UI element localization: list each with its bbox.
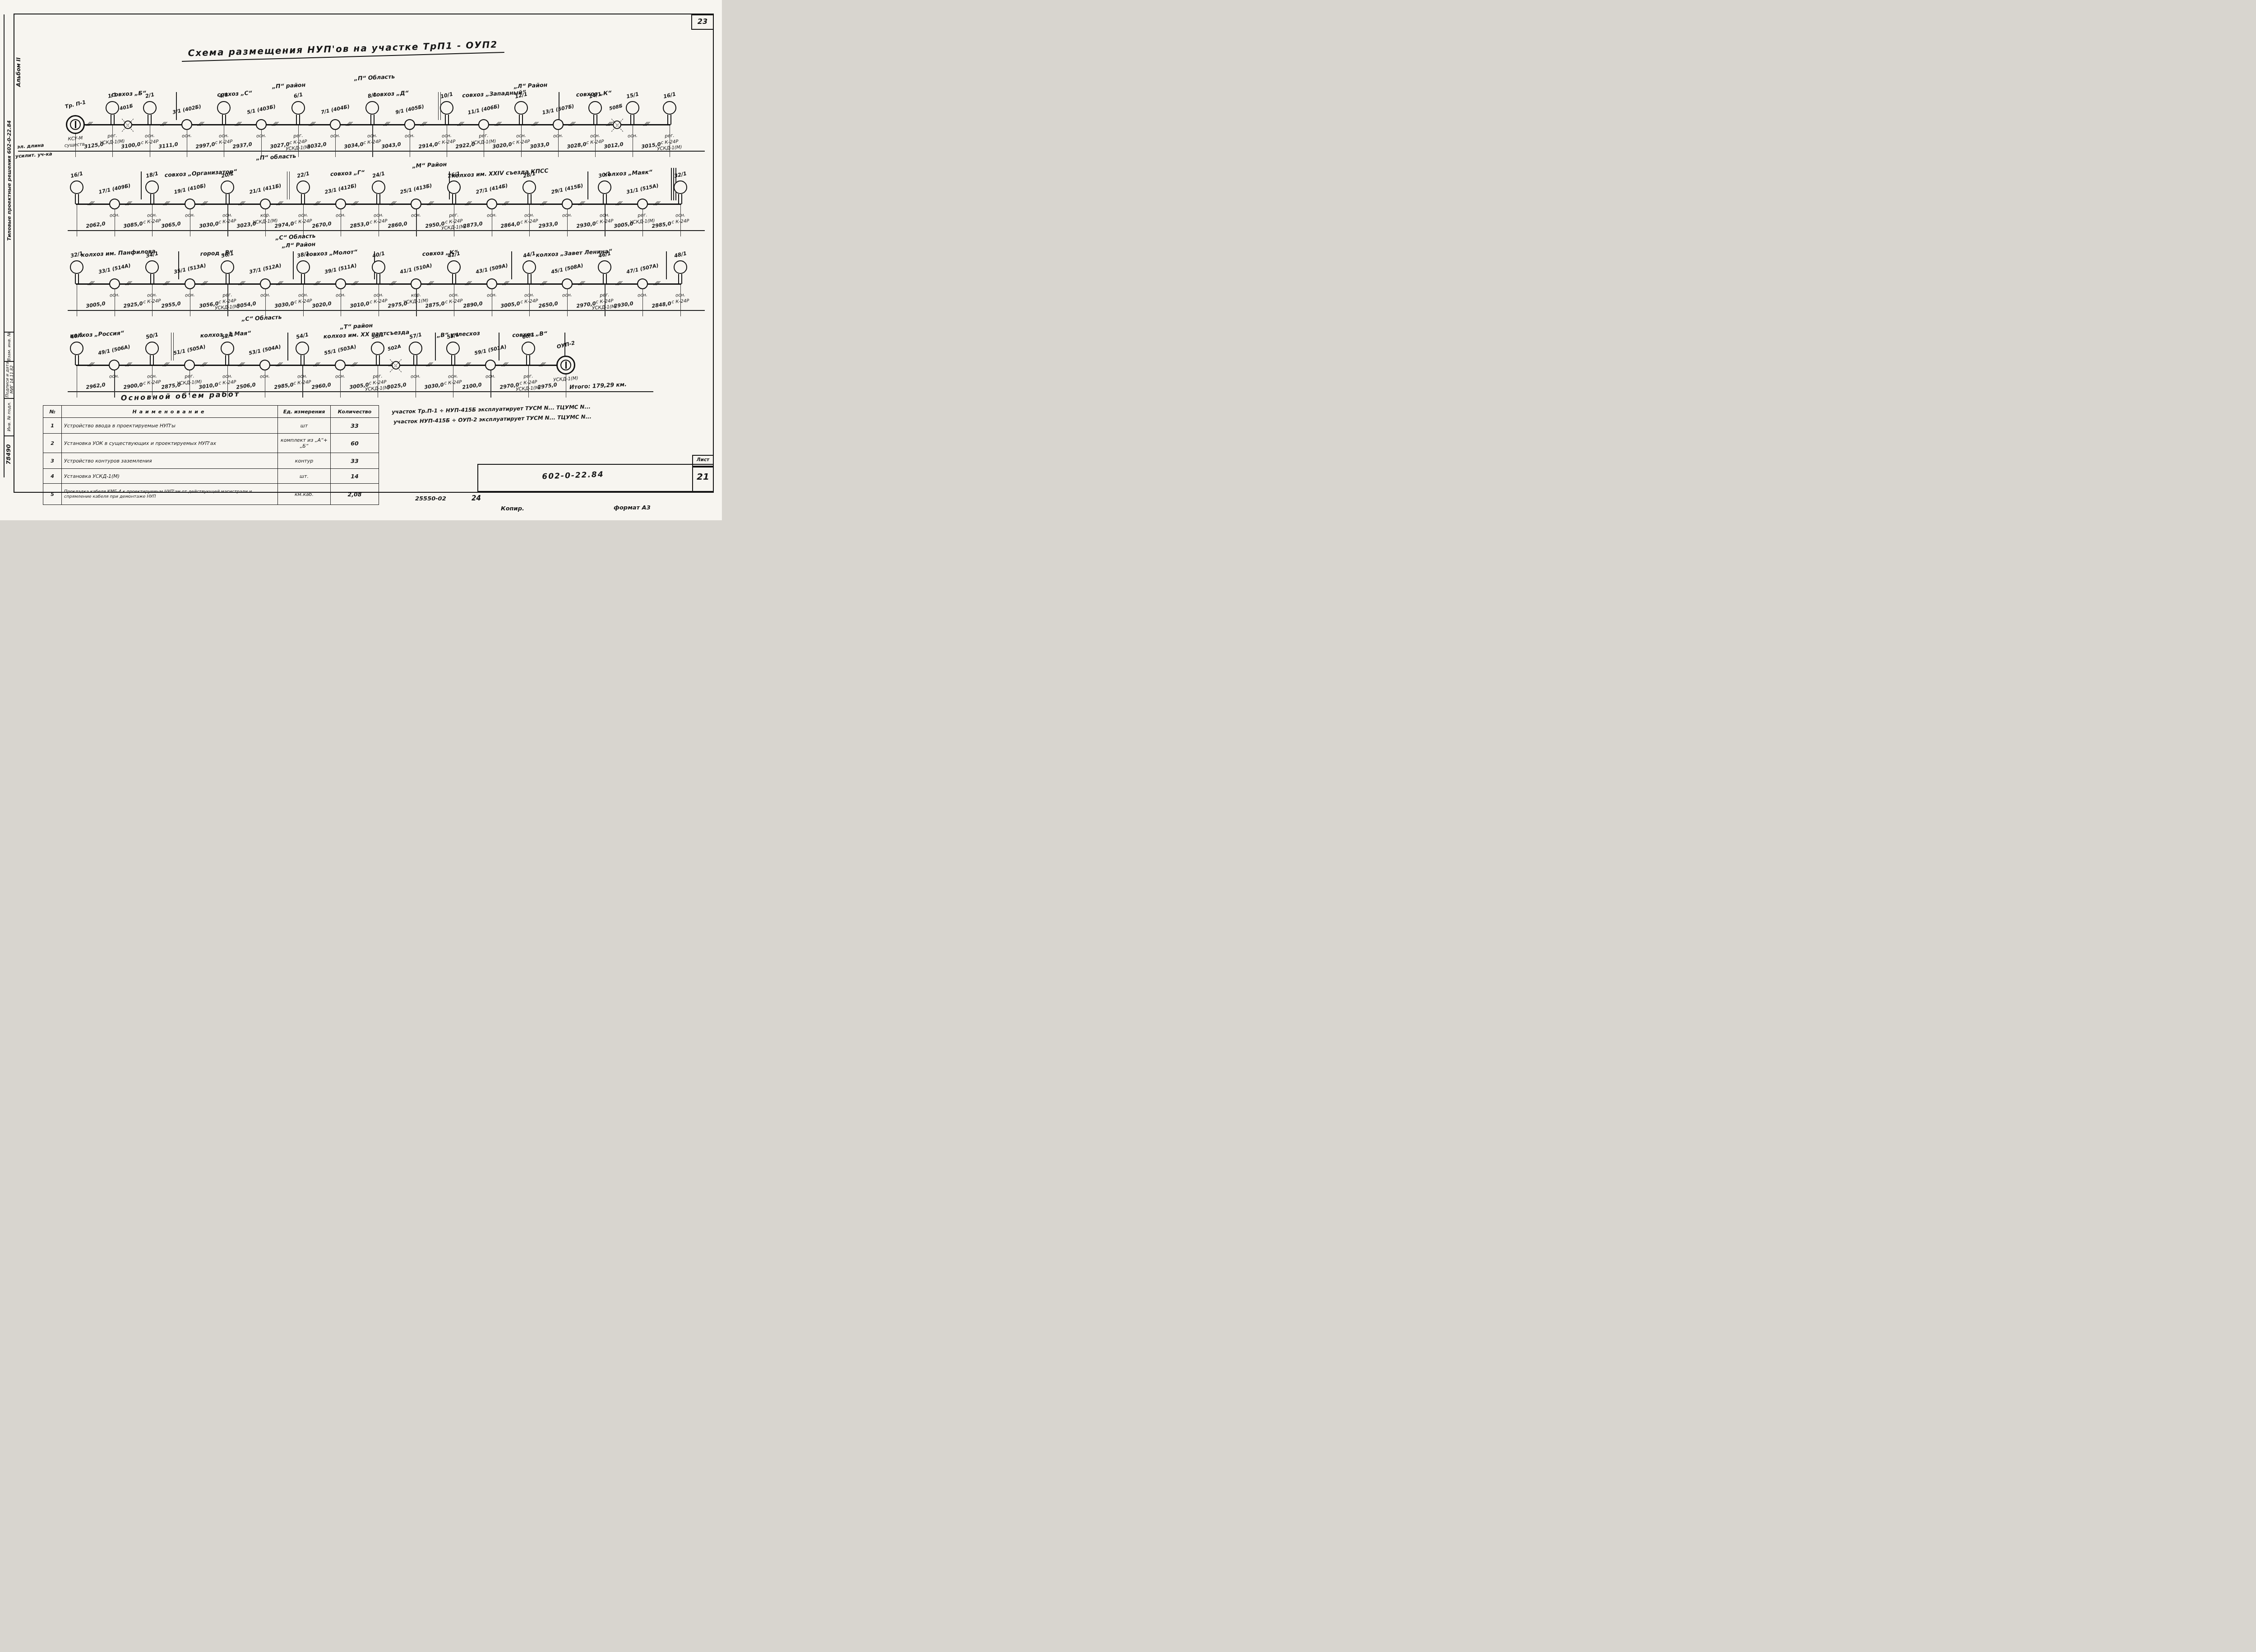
existing-nup-circle [562, 199, 573, 209]
nup-stem [296, 115, 300, 125]
projected-nup-circle [440, 101, 453, 115]
projected-nup-circle [296, 180, 310, 194]
distance-tick [340, 366, 341, 398]
table-cell: Устройство ввода в проектируемые НУП'ы [62, 418, 278, 434]
page-number: 23 [692, 17, 713, 26]
existing-nup-circle [185, 278, 195, 289]
distance-tick [115, 205, 115, 236]
nup-stem [225, 355, 229, 365]
existing-nup-circle [185, 199, 195, 209]
sidebar-sep-4 [4, 435, 14, 436]
table-cell: Установка УОК в существующих и проектиру… [62, 434, 278, 453]
table-cell: 33 [331, 418, 379, 434]
projected-nup-circle [522, 342, 535, 355]
projected-nup-circle [296, 260, 310, 274]
distance-tick [190, 285, 190, 316]
nup-stem [376, 194, 380, 204]
sidebar-divider-line [4, 14, 5, 477]
table-cell: 60 [331, 434, 379, 453]
nup-stem [630, 115, 634, 125]
nup-stem [226, 274, 230, 284]
distance-tick [77, 366, 77, 398]
table-cell: 3 [43, 453, 62, 469]
distance-tick [77, 205, 77, 236]
projected-nup-circle [663, 101, 676, 115]
projected-nup-circle [70, 342, 83, 355]
footer-kopir: Копир. [501, 505, 524, 512]
projected-nup-circle [514, 101, 528, 115]
projected-nup-circle [447, 180, 461, 194]
table-cell: 1 [43, 418, 62, 434]
existing-nup-circle [259, 360, 270, 370]
nup-stem [678, 194, 682, 204]
nup-stem [667, 115, 671, 125]
nup-stem [445, 115, 449, 125]
projected-nup-circle [626, 101, 639, 115]
distance-tick [492, 205, 492, 236]
nup-stem [603, 274, 607, 284]
work-scope-table-grid: №НаименованиеЕд. измеренияКоличество1Уст… [43, 405, 379, 505]
sheet-number: 21 [693, 471, 713, 482]
footer-order-number: 25550-02 [415, 495, 446, 502]
distance-tick [335, 125, 336, 157]
distance-tick [410, 125, 410, 157]
projected-nup-circle [372, 180, 385, 194]
existing-nup-circle [184, 360, 195, 370]
nup-stem [376, 274, 380, 284]
terminal-bar [565, 361, 567, 369]
distance-tick [643, 285, 643, 316]
footer-format: формат А3 [614, 504, 651, 511]
footer-copies: 24 [472, 494, 481, 502]
nup-stem [452, 274, 456, 284]
nup-stem [593, 115, 597, 125]
nup-stem [370, 115, 374, 125]
sidebar-box-vzam: Взам. инв. № [7, 332, 12, 361]
existing-nup-circle [109, 278, 120, 289]
table-cell: 33 [331, 453, 379, 469]
existing-nup-circle [256, 119, 267, 130]
table-cell: шт. [278, 469, 331, 484]
nup-stem [527, 194, 532, 204]
boundary-divider [671, 168, 672, 200]
nup-stem [376, 355, 380, 365]
table-cell: 5 [43, 484, 62, 505]
nup-stem [150, 274, 154, 284]
distance-tick [341, 285, 341, 316]
sheet-label: Лист [693, 457, 713, 463]
table-header-cell: № [43, 406, 62, 418]
existing-nup-circle [260, 199, 271, 209]
distance-tick [567, 285, 568, 316]
distance-tick [261, 125, 262, 157]
table-header-cell: Количество [331, 406, 379, 418]
projected-nup-circle [674, 180, 687, 194]
existing-nup-circle [260, 278, 271, 289]
projected-nup-circle [70, 260, 83, 274]
table-cell: км.каб. [278, 484, 331, 505]
projected-nup-circle [446, 342, 460, 355]
table-cell: 14 [331, 469, 379, 484]
work-scope-table: №НаименованиеЕд. измеренияКоличество1Уст… [43, 405, 379, 505]
existing-nup-circle [637, 278, 648, 289]
nup-stem [526, 355, 530, 365]
projected-nup-circle [371, 342, 384, 355]
nup-stem [75, 194, 79, 204]
nup-stem [519, 115, 523, 125]
terminal-bar [75, 121, 76, 128]
existing-nup-circle [562, 278, 573, 289]
table-cell: шт [278, 418, 331, 434]
sidebar-album-label: Альбом II [15, 57, 22, 87]
table-cell: 2 [43, 434, 62, 453]
boundary-divider [176, 92, 177, 120]
nup-stem [413, 355, 417, 365]
existing-nup-circle [404, 119, 415, 130]
projected-nup-circle [70, 180, 83, 194]
distance-tick [114, 366, 115, 398]
projected-nup-circle [522, 180, 536, 194]
distance-baseline [68, 310, 705, 311]
distance-tick [416, 366, 416, 398]
existing-nup-circle [181, 119, 192, 130]
existing-nup-circle [553, 119, 564, 130]
projected-nup-circle [145, 260, 159, 274]
nup-stem [111, 115, 115, 125]
projected-nup-circle [409, 342, 422, 355]
projected-nup-circle [291, 101, 305, 115]
table-cell: контур [278, 453, 331, 469]
sidebar-signature: МИГ 14.11.82 [10, 366, 14, 393]
existing-nup-circle [109, 199, 120, 209]
projected-nup-circle [372, 260, 385, 274]
projected-nup-circle [447, 260, 461, 274]
projected-nup-circle [674, 260, 687, 274]
projected-nup-circle [145, 180, 159, 194]
sidebar-sep-3 [4, 398, 14, 399]
drawing-sheet: 23 Типовые проектные решения 602-0-22.84… [0, 0, 722, 520]
distance-tick [490, 366, 491, 398]
nup-stem [75, 274, 79, 284]
projected-nup-circle [217, 101, 231, 115]
sidebar-inventory-number: 78490 [5, 444, 12, 464]
table-cell: комплект из „А“+„Б“ [278, 434, 331, 453]
distance-tick [265, 366, 265, 398]
existing-nup-circle [335, 360, 346, 370]
distance-tick [567, 205, 568, 236]
distance-tick [187, 125, 187, 157]
distance-baseline [68, 230, 705, 231]
distance-tick [190, 205, 190, 236]
distance-tick [265, 285, 266, 316]
projected-nup-circle [588, 101, 602, 115]
nup-stem [150, 355, 154, 365]
projected-nup-circle [143, 101, 157, 115]
table-cell: Прокладка кабеля КМБ-4 к проектируемым Н… [62, 484, 278, 505]
existing-nup-circle [335, 199, 346, 209]
projected-nup-circle [145, 342, 159, 355]
nup-stem [75, 355, 79, 365]
nup-stem [300, 355, 305, 365]
distance-tick [341, 205, 341, 236]
nup-stem [603, 194, 607, 204]
existing-nup-circle [330, 119, 341, 130]
nup-stem [150, 194, 154, 204]
nup-stem [148, 115, 152, 125]
distance-baseline [18, 151, 705, 152]
nup-stem [301, 274, 305, 284]
projected-nup-circle [522, 260, 536, 274]
nup-stem [301, 194, 305, 204]
table-header-cell: Наименование [62, 406, 278, 418]
table-cell: Установка УСКД-1(М) [62, 469, 278, 484]
boundary-divider [435, 333, 436, 361]
sheet-number-box: 21 [692, 466, 714, 492]
distance-tick [633, 125, 633, 157]
distance-tick [558, 125, 559, 157]
nup-stem [452, 194, 456, 204]
table-header-cell: Ед. измерения [278, 406, 331, 418]
distance-tick [77, 285, 77, 316]
nup-stem [678, 274, 682, 284]
existing-nup-circle [486, 278, 497, 289]
table-cell: 4 [43, 469, 62, 484]
existing-nup-circle [335, 278, 346, 289]
boundary-divider [178, 251, 179, 279]
table-cell: Устройство контуров заземления [62, 453, 278, 469]
distance-tick [416, 205, 416, 236]
sidebar-series-title: Типовые проектные решения 602-0-22.84 [6, 120, 12, 241]
existing-nup-circle [637, 199, 648, 209]
nup-stem [222, 115, 226, 125]
nup-stem [527, 274, 532, 284]
nup-stem [226, 194, 230, 204]
projected-nup-circle [221, 342, 234, 355]
distance-tick [115, 285, 115, 316]
page-number-box: 23 [691, 14, 714, 30]
table-cell: 2,08 [331, 484, 379, 505]
sidebar-box-podpis: Подписи и дата [5, 361, 10, 397]
existing-nup-circle [486, 199, 497, 209]
sidebar-box-inv: Инв. № подл. [7, 402, 12, 431]
distance-tick [492, 285, 492, 316]
nup-stem [451, 355, 455, 365]
